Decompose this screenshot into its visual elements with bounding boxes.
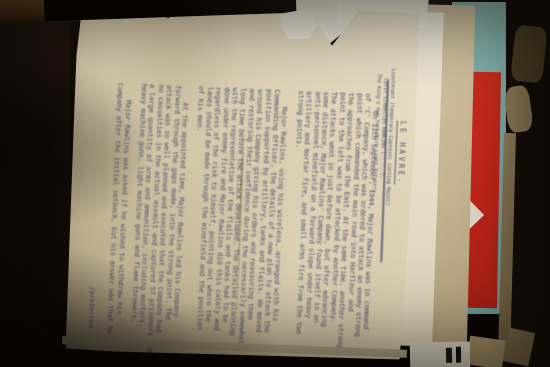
dark-surface-left bbox=[0, 0, 70, 367]
white-paper-bottom bbox=[410, 341, 470, 367]
dark-mark-2 bbox=[456, 347, 461, 363]
tan-paper-bottom bbox=[466, 336, 506, 367]
document-paper: LE HAVRE. Lieutenant (temporary Captain)… bbox=[63, 0, 420, 367]
paragraph-4: Major Rawlins was asked if he wished to … bbox=[104, 82, 133, 356]
photo-of-document: LE HAVRE. Lieutenant (temporary Captain)… bbox=[0, 0, 550, 367]
paragraph-1: On 11th September, 1944, Major Rawlins w… bbox=[285, 90, 381, 367]
paragraph-3: At the appointed time, Major Rawlins led… bbox=[128, 83, 190, 359]
typed-page: LE HAVRE. Lieutenant (temporary Captain)… bbox=[63, 0, 420, 367]
dark-mark-1 bbox=[446, 348, 452, 363]
dark-paper-scrap bbox=[510, 24, 548, 83]
document-heading: LE HAVRE. bbox=[394, 121, 408, 185]
